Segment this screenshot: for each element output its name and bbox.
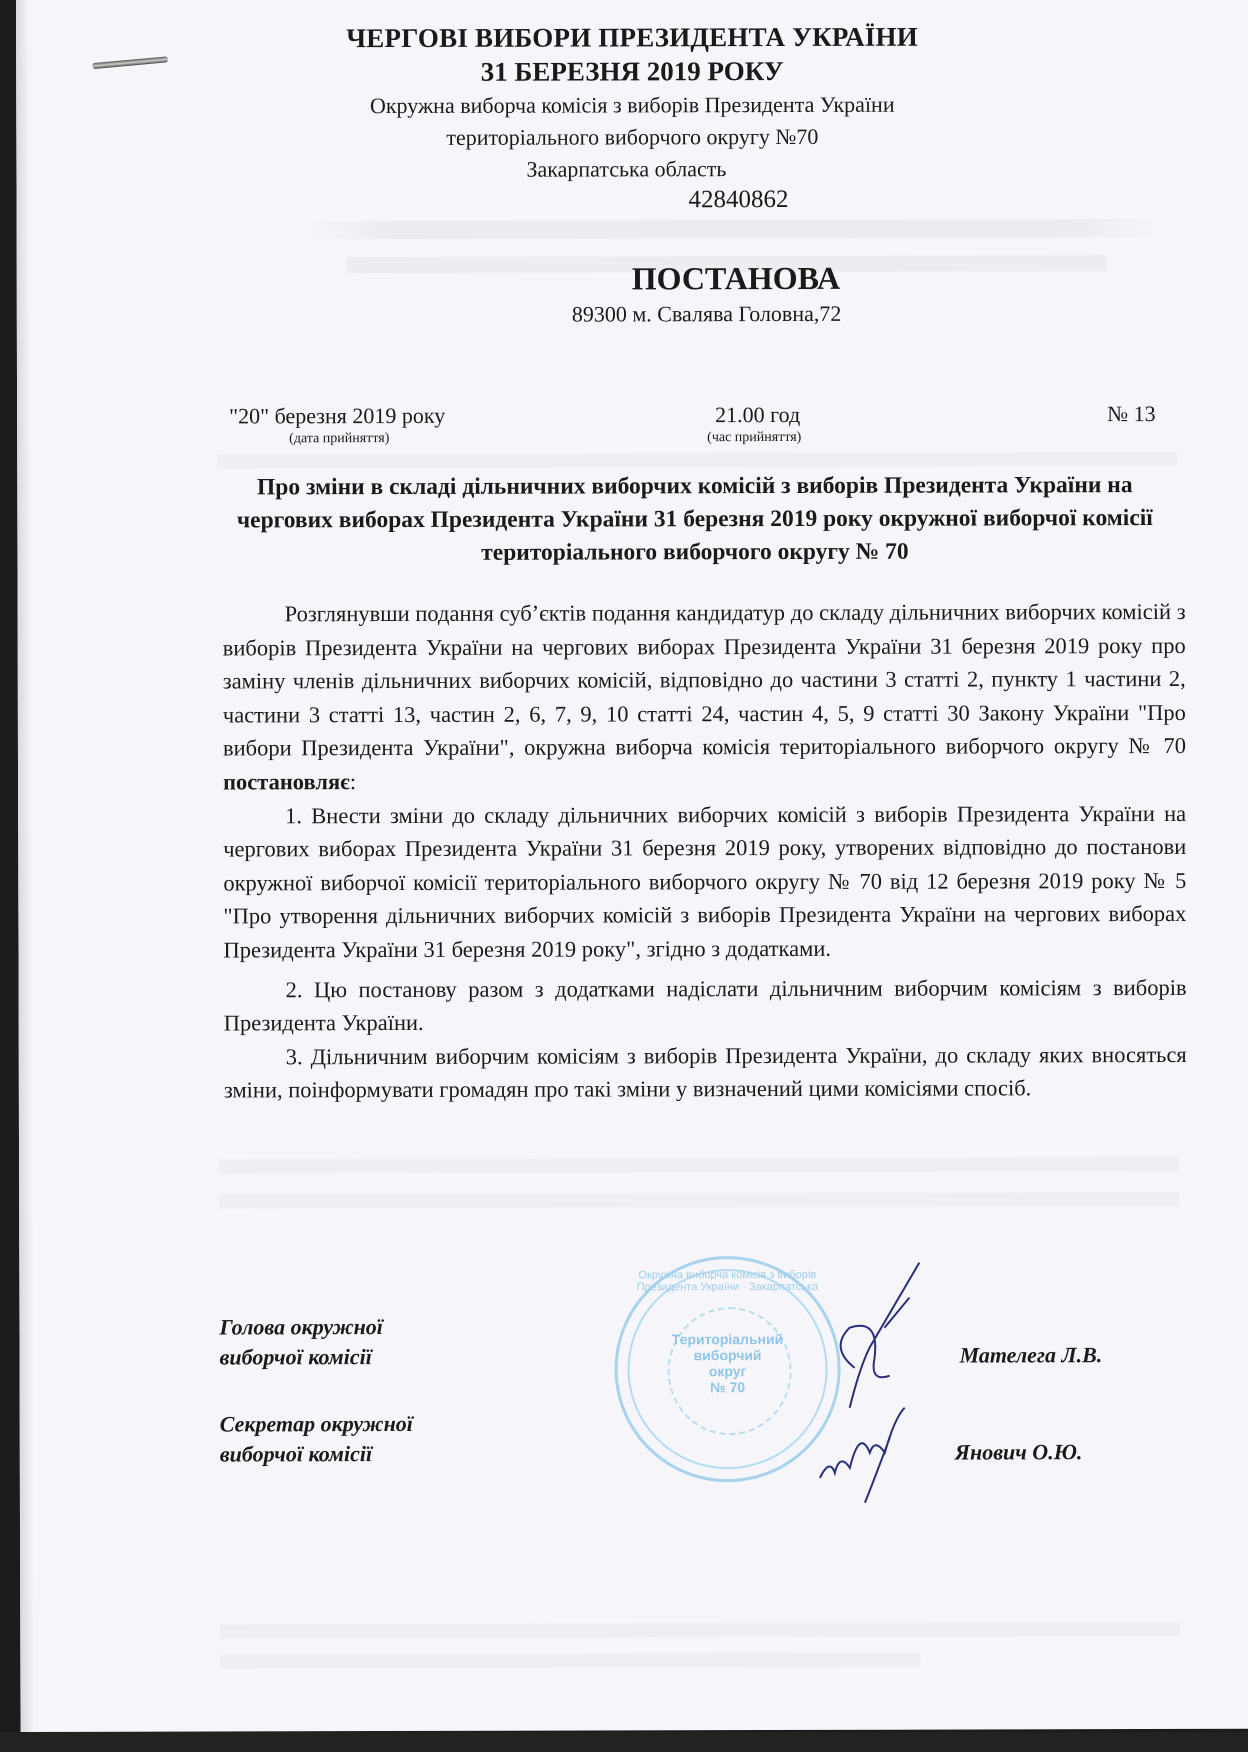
adoption-time: 21.00 год [715, 402, 800, 428]
resolution-item-1: 1. Внести зміни до складу дільничних виб… [223, 797, 1186, 967]
resolution-subject: Про зміни в складі дільничних виборчих к… [217, 469, 1172, 570]
resolves-keyword: постановляє [223, 769, 350, 794]
adoption-date-caption: (дата прийняття) [289, 431, 389, 447]
chair-name: Мателега Л.В. [960, 1342, 1103, 1368]
resolution-body: Розглянувши подання суб’єктів подання ка… [223, 595, 1187, 1107]
secretary-role: Секретар окружної виборчої комісії [220, 1409, 413, 1470]
election-date: 31 БЕРЕЗНЯ 2019 РОКУ [16, 55, 1248, 89]
stamp-center-text: Територіальний виборчий округ № 70 [617, 1331, 837, 1396]
commission-name: Окружна виборча комісія з виборів Презид… [16, 91, 1248, 120]
adoption-date: "20" березня 2019 року [229, 403, 445, 430]
page-edge-shadow [16, 0, 35, 1732]
chair-role: Голова окружної виборчої комісії [219, 1312, 383, 1372]
stamp-line-1: Територіальний [617, 1331, 837, 1348]
stamp-line-2: виборчий [618, 1347, 838, 1364]
document-page: ЧЕРГОВІ ВИБОРИ ПРЕЗИДЕНТА УКРАЇНИ 31 БЕР… [16, 0, 1248, 1732]
chair-role-line2: виборчої комісії [220, 1342, 383, 1372]
commission-address: 89300 м. Свалява Головна,72 [572, 301, 842, 328]
stamp-line-3: округ [618, 1363, 838, 1380]
stamp-line-4: № 70 [618, 1379, 838, 1396]
document-type: ПОСТАНОВА [632, 260, 840, 298]
commission-code: 42840862 [688, 186, 788, 214]
resolution-item-2: 2. Цю постанову разом з додатками надісл… [224, 970, 1187, 1040]
resolution-item-3: 3. Дільничним виборчим комісіям з виборі… [224, 1038, 1187, 1108]
secretary-role-line1: Секретар окружної [220, 1409, 413, 1440]
adoption-time-caption: (час прийняття) [707, 430, 801, 446]
secretary-name: Янович О.Ю. [955, 1439, 1083, 1465]
chair-role-line1: Голова окружної [219, 1312, 382, 1342]
preamble-text: Розглянувши подання суб’єктів подання ка… [223, 599, 1186, 761]
secretary-signature-icon [815, 1398, 925, 1508]
resolves-colon: : [350, 769, 356, 794]
region: Закарпатська область [526, 156, 726, 183]
preamble-paragraph: Розглянувши подання суб’єктів подання ка… [223, 595, 1187, 799]
resolution-number: № 13 [1107, 401, 1156, 427]
election-title: ЧЕРГОВІ ВИБОРИ ПРЕЗИДЕНТА УКРАЇНИ [16, 21, 1248, 55]
commission-district: територіального виборчого округу №70 [16, 123, 1248, 152]
scanner-bottom-edge [0, 1732, 1248, 1752]
stamp-ring-text: Окружна виборча комісія з виборів Презид… [635, 1269, 819, 1293]
secretary-role-line2: виборчої комісії [220, 1439, 413, 1470]
official-stamp: Окружна виборча комісія з виборів Презид… [614, 1256, 841, 1483]
